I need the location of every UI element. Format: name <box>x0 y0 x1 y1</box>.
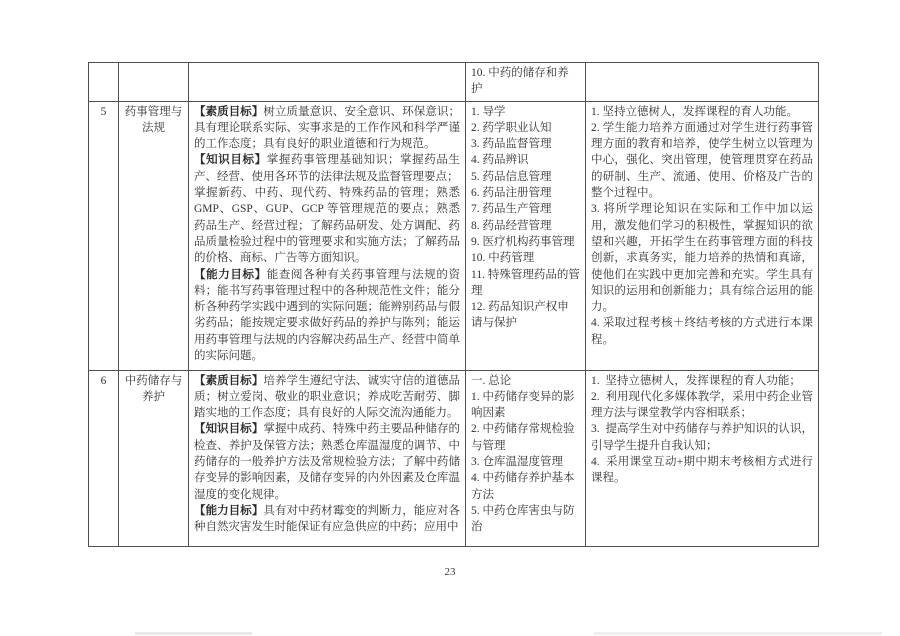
cell-objectives: 【素质目标】培养学生遵纪守法、诚实守信的道德品质；树立爱岗、敬业的职业意识；养成… <box>189 370 466 546</box>
requirement-item: 3. 提高学生对中药储存与养护知识的认识，引导学生提升自我认知； <box>591 421 813 454</box>
cell-objectives <box>189 63 466 102</box>
objective-text: 掌握药事管理基础知识；掌握药品生产、经营、使用各环节的法律法规及监督管理要点； … <box>194 154 460 264</box>
requirement-item: 1. 坚持立德树人，发挥课程的育人功能。 <box>591 104 813 120</box>
requirement-item: 1. 坚持立德树人，发挥课程的育人功能； <box>591 373 813 389</box>
content-item: 10. 中药的储存和养护 <box>471 65 580 98</box>
requirement-item: 2. 利用现代化多媒体教学，采用中药企业管理方法与课堂教学内容相联系； <box>591 389 813 422</box>
page-number: 23 <box>0 566 900 578</box>
requirement-item: 4. 采用课堂互动+期中期末考核相方式进行课程。 <box>591 454 813 487</box>
content-item: 5. 药品信息管理 <box>471 169 580 185</box>
requirement-item: 4. 采取过程考核＋终结考核的方式进行本课程。 <box>591 315 813 348</box>
objective-paragraph: 【能力目标】具有对中药材霉变的判断力，能应对各种自然灾害发生时能保证有应急供应的… <box>194 503 460 536</box>
requirement-item: 2. 学生能力培养方面通过对学生进行药事管理方面的教育和培养，使学生树立以管理为… <box>591 120 813 201</box>
table-row-course-6: 6中药储存与 养护【素质目标】培养学生遵纪守法、诚实守信的道德品质；树立爱岗、敬… <box>89 370 819 546</box>
objective-paragraph: 【知识目标】掌握中成药、特殊中药主要品种储存的检查、养护及保管方法；熟悉仓库温湿… <box>194 421 460 502</box>
content-item: 10. 中药管理 <box>471 250 580 266</box>
scan-edge-artifact <box>0 632 900 635</box>
table-row-course-5: 5药事管理与 法规【素质目标】树立质量意识、安全意识、环保意识；具有理论联系实际… <box>89 101 819 370</box>
content-item: 6. 药品注册管理 <box>471 185 580 201</box>
objective-paragraph: 【素质目标】树立质量意识、安全意识、环保意识；具有理论联系实际、实事求是的工作作… <box>194 104 460 153</box>
course-name: 中药储存与 养护 <box>119 370 189 546</box>
objective-paragraph: 【素质目标】培养学生遵纪守法、诚实守信的道德品质；树立爱岗、敬业的职业意识；养成… <box>194 373 460 422</box>
objective-label: 【素质目标】 <box>194 375 263 387</box>
content-item: 11. 特殊管理药品的管理 <box>471 267 580 300</box>
course-table: 10. 中药的储存和养护5药事管理与 法规【素质目标】树立质量意识、安全意识、环… <box>88 62 819 547</box>
cell-course <box>119 63 189 102</box>
content-item: 7. 药品生产管理 <box>471 201 580 217</box>
course-index: 6 <box>89 370 119 546</box>
content-item: 2. 中药储存常规检验与管理 <box>471 421 580 454</box>
content-item: 9. 医疗机构药事管理 <box>471 234 580 250</box>
cell-content: 1. 导学2. 药学职业认知3. 药品监督管理4. 药品辨识5. 药品信息管理6… <box>466 101 586 370</box>
content-item: 4. 药品辨识 <box>471 152 580 168</box>
cell-objectives: 【素质目标】树立质量意识、安全意识、环保意识；具有理论联系实际、实事求是的工作作… <box>189 101 466 370</box>
course-index: 5 <box>89 101 119 370</box>
content-item: 4. 中药储存养护基本方法 <box>471 470 580 503</box>
objective-paragraph: 【知识目标】掌握药事管理基础知识；掌握药品生产、经营、使用各环节的法律法规及监督… <box>194 152 460 266</box>
content-item: 5. 中药仓库害虫与防治 <box>471 503 580 536</box>
course-table-body: 10. 中药的储存和养护5药事管理与 法规【素质目标】树立质量意识、安全意识、环… <box>89 63 819 547</box>
cell-requirements: 1. 坚持立德树人，发挥课程的育人功能；2. 利用现代化多媒体教学，采用中药企业… <box>586 370 819 546</box>
cell-content: 10. 中药的储存和养护 <box>466 63 586 102</box>
content-item: 2. 药学职业认知 <box>471 120 580 136</box>
content-item: 1. 导学 <box>471 104 580 120</box>
objective-label: 【能力目标】 <box>194 269 267 281</box>
objective-paragraph: 【能力目标】能查阅各种有关药事管理与法规的资料；能书写药事管理过程中的各种规范性… <box>194 267 460 365</box>
requirement-item: 3. 将所学理论知识在实际和工作中加以运用，激发他们学习的积极性，掌握知识的欲望… <box>591 201 813 315</box>
content-item: 12. 药品知识产权申请与保护 <box>471 299 580 332</box>
document-page: 10. 中药的储存和养护5药事管理与 法规【素质目标】树立质量意识、安全意识、环… <box>0 0 900 636</box>
content-item: 3. 药品监督管理 <box>471 136 580 152</box>
cell-index <box>89 63 119 102</box>
content-item: 3. 仓库温湿度管理 <box>471 454 580 470</box>
table-row-continuation: 10. 中药的储存和养护 <box>89 63 819 102</box>
content-item: 8. 药品经营管理 <box>471 218 580 234</box>
cell-requirements: 1. 坚持立德树人，发挥课程的育人功能。2. 学生能力培养方面通过对学生进行药事… <box>586 101 819 370</box>
cell-content: 一. 总论1. 中药储存变异的影响因素2. 中药储存常规检验与管理3. 仓库温湿… <box>466 370 586 546</box>
cell-requirements <box>586 63 819 102</box>
objective-label: 【能力目标】 <box>194 505 263 517</box>
content-item: 1. 中药储存变异的影响因素 <box>471 389 580 422</box>
content-item: 一. 总论 <box>471 373 580 389</box>
objective-label: 【素质目标】 <box>194 106 263 118</box>
course-name: 药事管理与 法规 <box>119 101 189 370</box>
objective-label: 【知识目标】 <box>194 154 267 166</box>
objective-text: 能查阅各种有关药事管理与法规的资料；能书写药事管理过程中的各种规范性文件；能分析… <box>194 269 460 362</box>
objective-label: 【知识目标】 <box>194 423 263 435</box>
